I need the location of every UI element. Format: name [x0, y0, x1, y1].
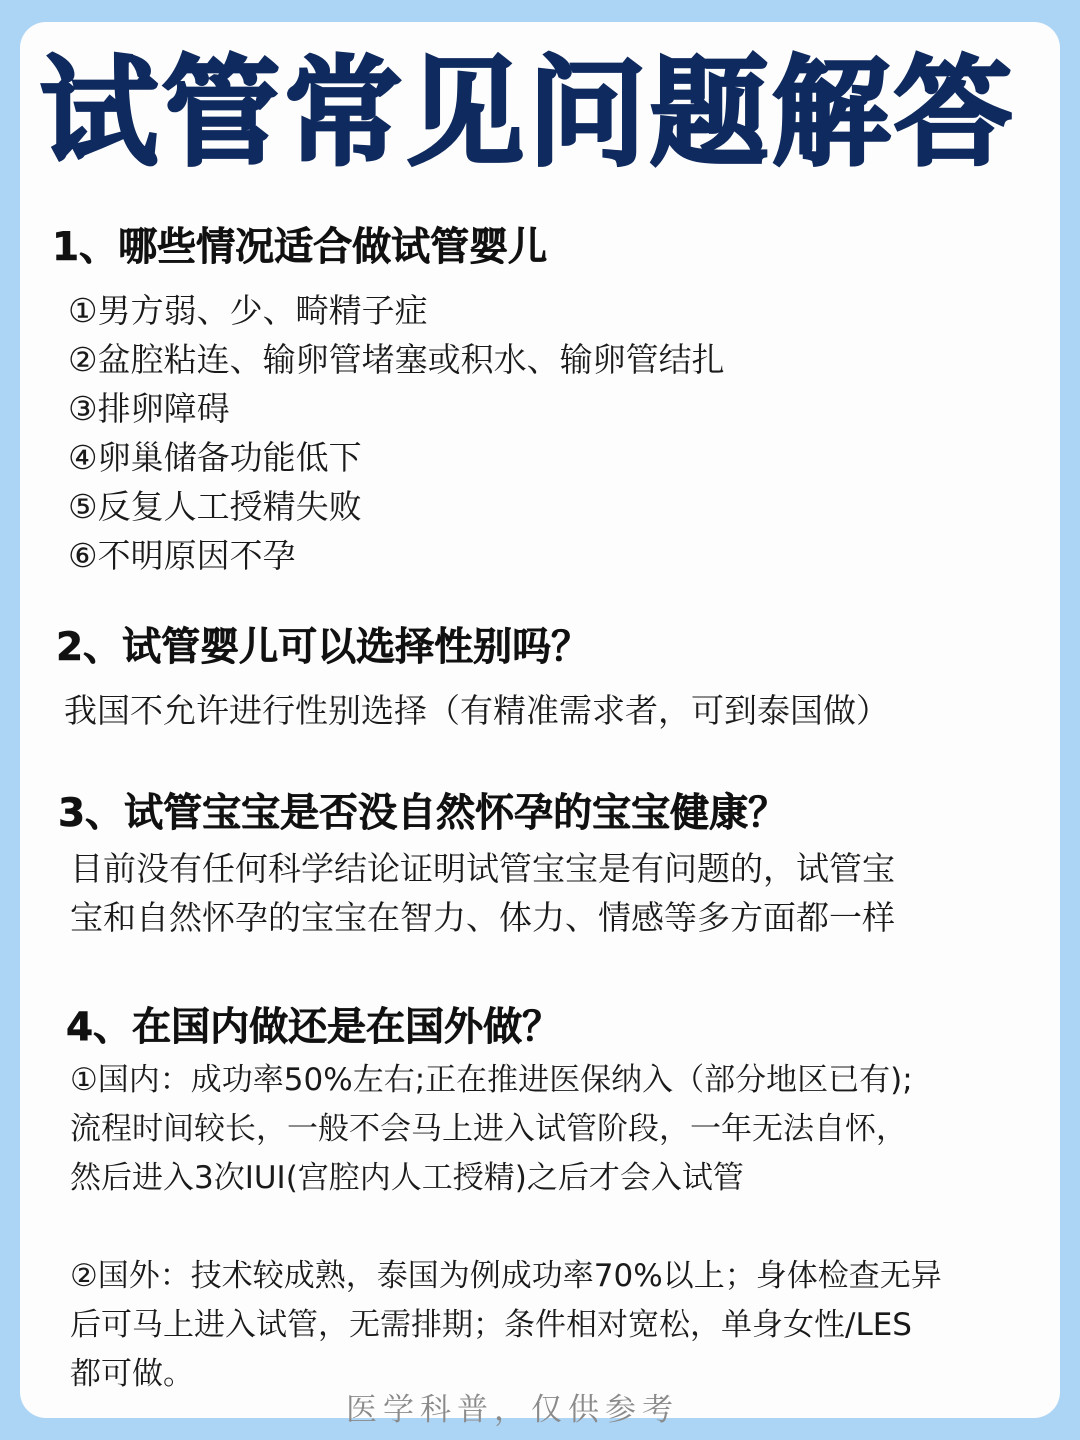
disclaimer-footer: 医学科普，仅供参考: [346, 1384, 679, 1429]
answer-1-line: ①男方弱、少、畸精子症: [68, 286, 725, 335]
answer-4-line: ②国外：技术较成熟，泰国为例成功率70%以上；身体检查无异: [70, 1252, 942, 1301]
answer-1-line: ③排卵障碍: [68, 384, 725, 433]
question-4: 4、在国内做还是在国外做？: [66, 996, 561, 1052]
question-3: 3、试管宝宝是否没自然怀孕的宝宝健康？: [58, 782, 787, 838]
question-2: 2、试管婴儿可以选择性别吗？: [56, 616, 590, 672]
answer-3-line: 目前没有任何科学结论证明试管宝宝是有问题的，试管宝: [70, 844, 895, 893]
answer-1-line: ⑤反复人工授精失败: [68, 482, 725, 531]
answer-1-line: ⑥不明原因不孕: [68, 531, 725, 580]
question-1: 1、哪些情况适合做试管婴儿: [52, 216, 547, 272]
answer-2-line: 我国不允许进行性别选择（有精准需求者，可到泰国做）: [64, 686, 889, 735]
answer-4-line: 然后进入3次IUI(宫腔内人工授精)之后才会入试管: [70, 1154, 913, 1203]
page-title: 试管常见问题解答: [40, 48, 1040, 178]
answer-1: ①男方弱、少、畸精子症 ②盆腔粘连、输卵管堵塞或积水、输卵管结扎 ③排卵障碍 ④…: [68, 286, 725, 580]
answer-1-line: ②盆腔粘连、输卵管堵塞或积水、输卵管结扎: [68, 335, 725, 384]
answer-1-line: ④卵巢储备功能低下: [68, 433, 725, 482]
answer-4-abroad: ②国外：技术较成熟，泰国为例成功率70%以上；身体检查无异 后可马上进入试管，无…: [70, 1252, 942, 1399]
answer-4-line: 流程时间较长，一般不会马上进入试管阶段，一年无法自怀，: [70, 1105, 913, 1154]
answer-2: 我国不允许进行性别选择（有精准需求者，可到泰国做）: [64, 686, 889, 735]
answer-3: 目前没有任何科学结论证明试管宝宝是有问题的，试管宝 宝和自然怀孕的宝宝在智力、体…: [70, 844, 895, 942]
answer-4-domestic: ①国内：成功率50%左右;正在推进医保纳入（部分地区已有); 流程时间较长，一般…: [70, 1056, 913, 1203]
answer-3-line: 宝和自然怀孕的宝宝在智力、体力、情感等多方面都一样: [70, 893, 895, 942]
answer-4-line: 后可马上进入试管，无需排期；条件相对宽松，单身女性/LES: [70, 1301, 942, 1350]
answer-4-line: ①国内：成功率50%左右;正在推进医保纳入（部分地区已有);: [70, 1056, 913, 1105]
